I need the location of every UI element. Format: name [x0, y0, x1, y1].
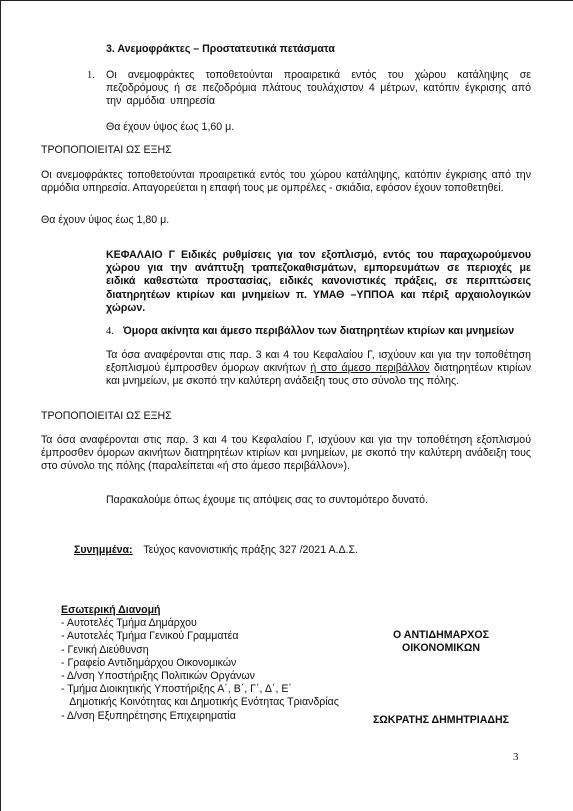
distribution-item: - Τμήμα Διοικητικής Υποστήριξης Α΄, Β΄, …: [61, 683, 421, 696]
amendment-2-heading: ΤΡΟΠΟΠΟΙΕΙΤΑΙ ΩΣ ΕΞΗΣ: [41, 410, 172, 423]
signatory-name: ΣΩΚΡΑΤΗΣ ΔΗΜΗΤΡΙΑΔΗΣ: [331, 714, 551, 727]
item-4-text: Τα όσα αναφέρονται στις παρ. 3 και 4 του…: [106, 349, 531, 389]
internal-distribution: Εσωτερική Διανομή - Αυτοτελές Τμήμα Δημά…: [61, 604, 421, 723]
signatory-title: Ο ΑΝΤΙΔΗΜΑΡΧΟΣ ΟΙΚΟΝΟΜΙΚΩΝ: [341, 629, 541, 655]
distribution-item: - Γραφείο Αντιδημάρχου Οικονομικών: [61, 657, 421, 670]
item-1-height-note: Θα έχουν ύψος έως 1,60 μ.: [106, 121, 234, 134]
section-title: 3. Ανεμοφράκτες – Προστατευτικά πετάσματ…: [106, 43, 526, 56]
item-4-title: Όμορα ακίνητα και άμεσο περιβάλλον των δ…: [123, 325, 514, 338]
page-number: 3: [513, 751, 519, 764]
amendment-1-heading: ΤΡΟΠΟΠΟΙΕΙΤΑΙ ΩΣ ΕΞΗΣ: [41, 144, 172, 157]
document-page: 3. Ανεμοφράκτες – Προστατευτικά πετάσματ…: [0, 0, 573, 811]
amendment-1-text: Οι ανεμοφράκτες τοποθετούνται προαιρετικ…: [41, 169, 531, 195]
distribution-title: Εσωτερική Διανομή: [61, 604, 421, 617]
attachments-text: Τεύχος κανονιστικής πράξης 327 /2021 Α.Δ…: [143, 544, 358, 556]
item-1-text: Οι ανεμοφράκτες τοποθετούνται προαιρετικ…: [106, 69, 531, 109]
closing-request: Παρακαλούμε όπως έχουμε τις απόψεις σας …: [106, 494, 428, 507]
list-number-1: 1.: [87, 69, 95, 82]
attachments-label: Συνημμένα:: [74, 544, 133, 556]
amendment-2-text: Τα όσα αναφέρονται στις παρ. 3 και 4 του…: [41, 434, 531, 474]
item-4-text-underlined: ή στο άμεσο περιβάλλον: [310, 362, 429, 374]
distribution-item: Δημοτικής Κοινότητας και Δημοτικής Ενότη…: [61, 696, 421, 709]
chapter-heading: ΚΕΦΑΛΑΙΟ Γ Ειδικές ρυθμίσεις για τον εξο…: [106, 249, 531, 315]
signatory-title-line-2: ΟΙΚΟΝΟΜΙΚΩΝ: [341, 642, 541, 655]
signatory-title-line-1: Ο ΑΝΤΙΔΗΜΑΡΧΟΣ: [341, 629, 541, 642]
amendment-1-height-note: Θα έχουν ύψος έως 1,80 μ.: [41, 214, 169, 227]
distribution-item: - Δ/νση Υποστήριξης Πολιτικών Οργάνων: [61, 670, 421, 683]
attachments: Συνημμένα: Τεύχος κανονιστικής πράξης 32…: [74, 544, 358, 557]
list-number-4: 4.: [106, 325, 114, 338]
